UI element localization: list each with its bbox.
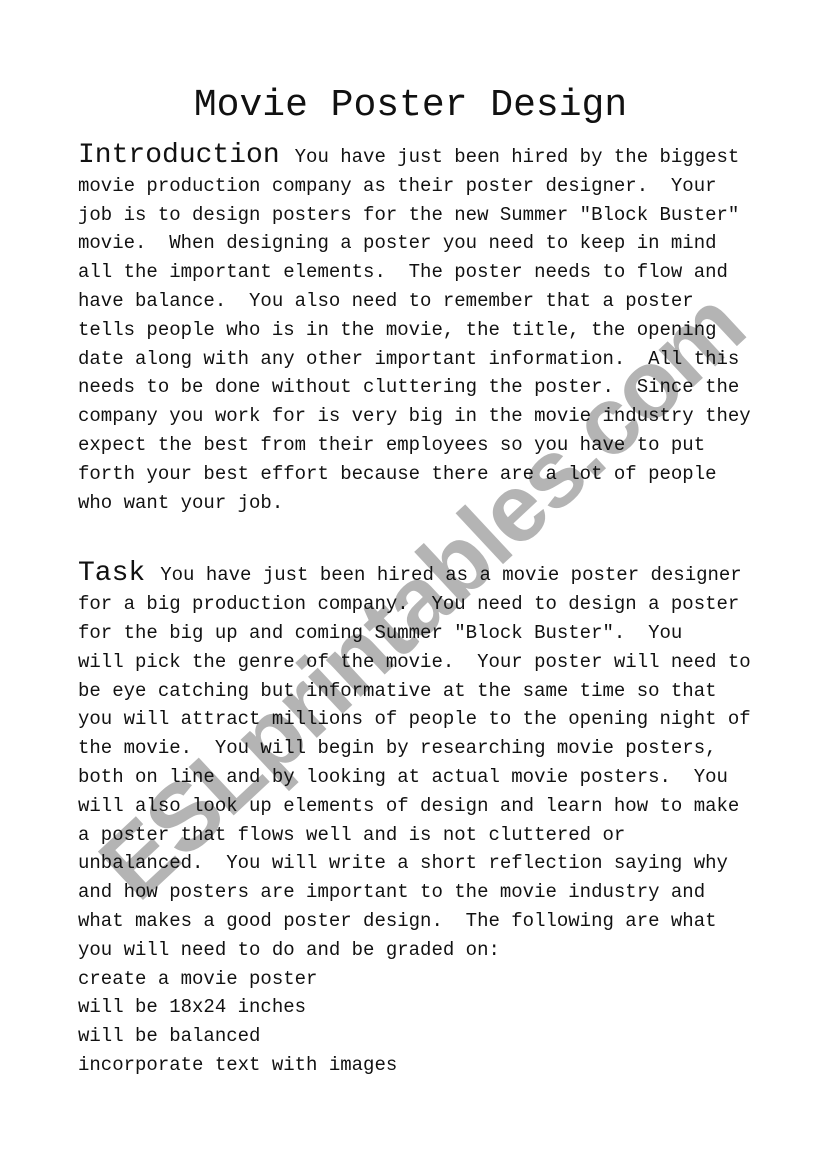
document-page: ESLprintables.com Movie Poster Design In… — [0, 0, 821, 1169]
section-body-introduction: You have just been hired by the biggest … — [78, 146, 751, 514]
section-task: TaskYou have just been hired as a movie … — [78, 560, 781, 1079]
section-heading-task: Task — [78, 558, 145, 589]
page-title: Movie Poster Design — [0, 84, 821, 128]
section-introduction: IntroductionYou have just been hired by … — [78, 142, 781, 517]
section-body-task: You have just been hired as a movie post… — [78, 564, 751, 1076]
section-heading-introduction: Introduction — [78, 140, 280, 171]
